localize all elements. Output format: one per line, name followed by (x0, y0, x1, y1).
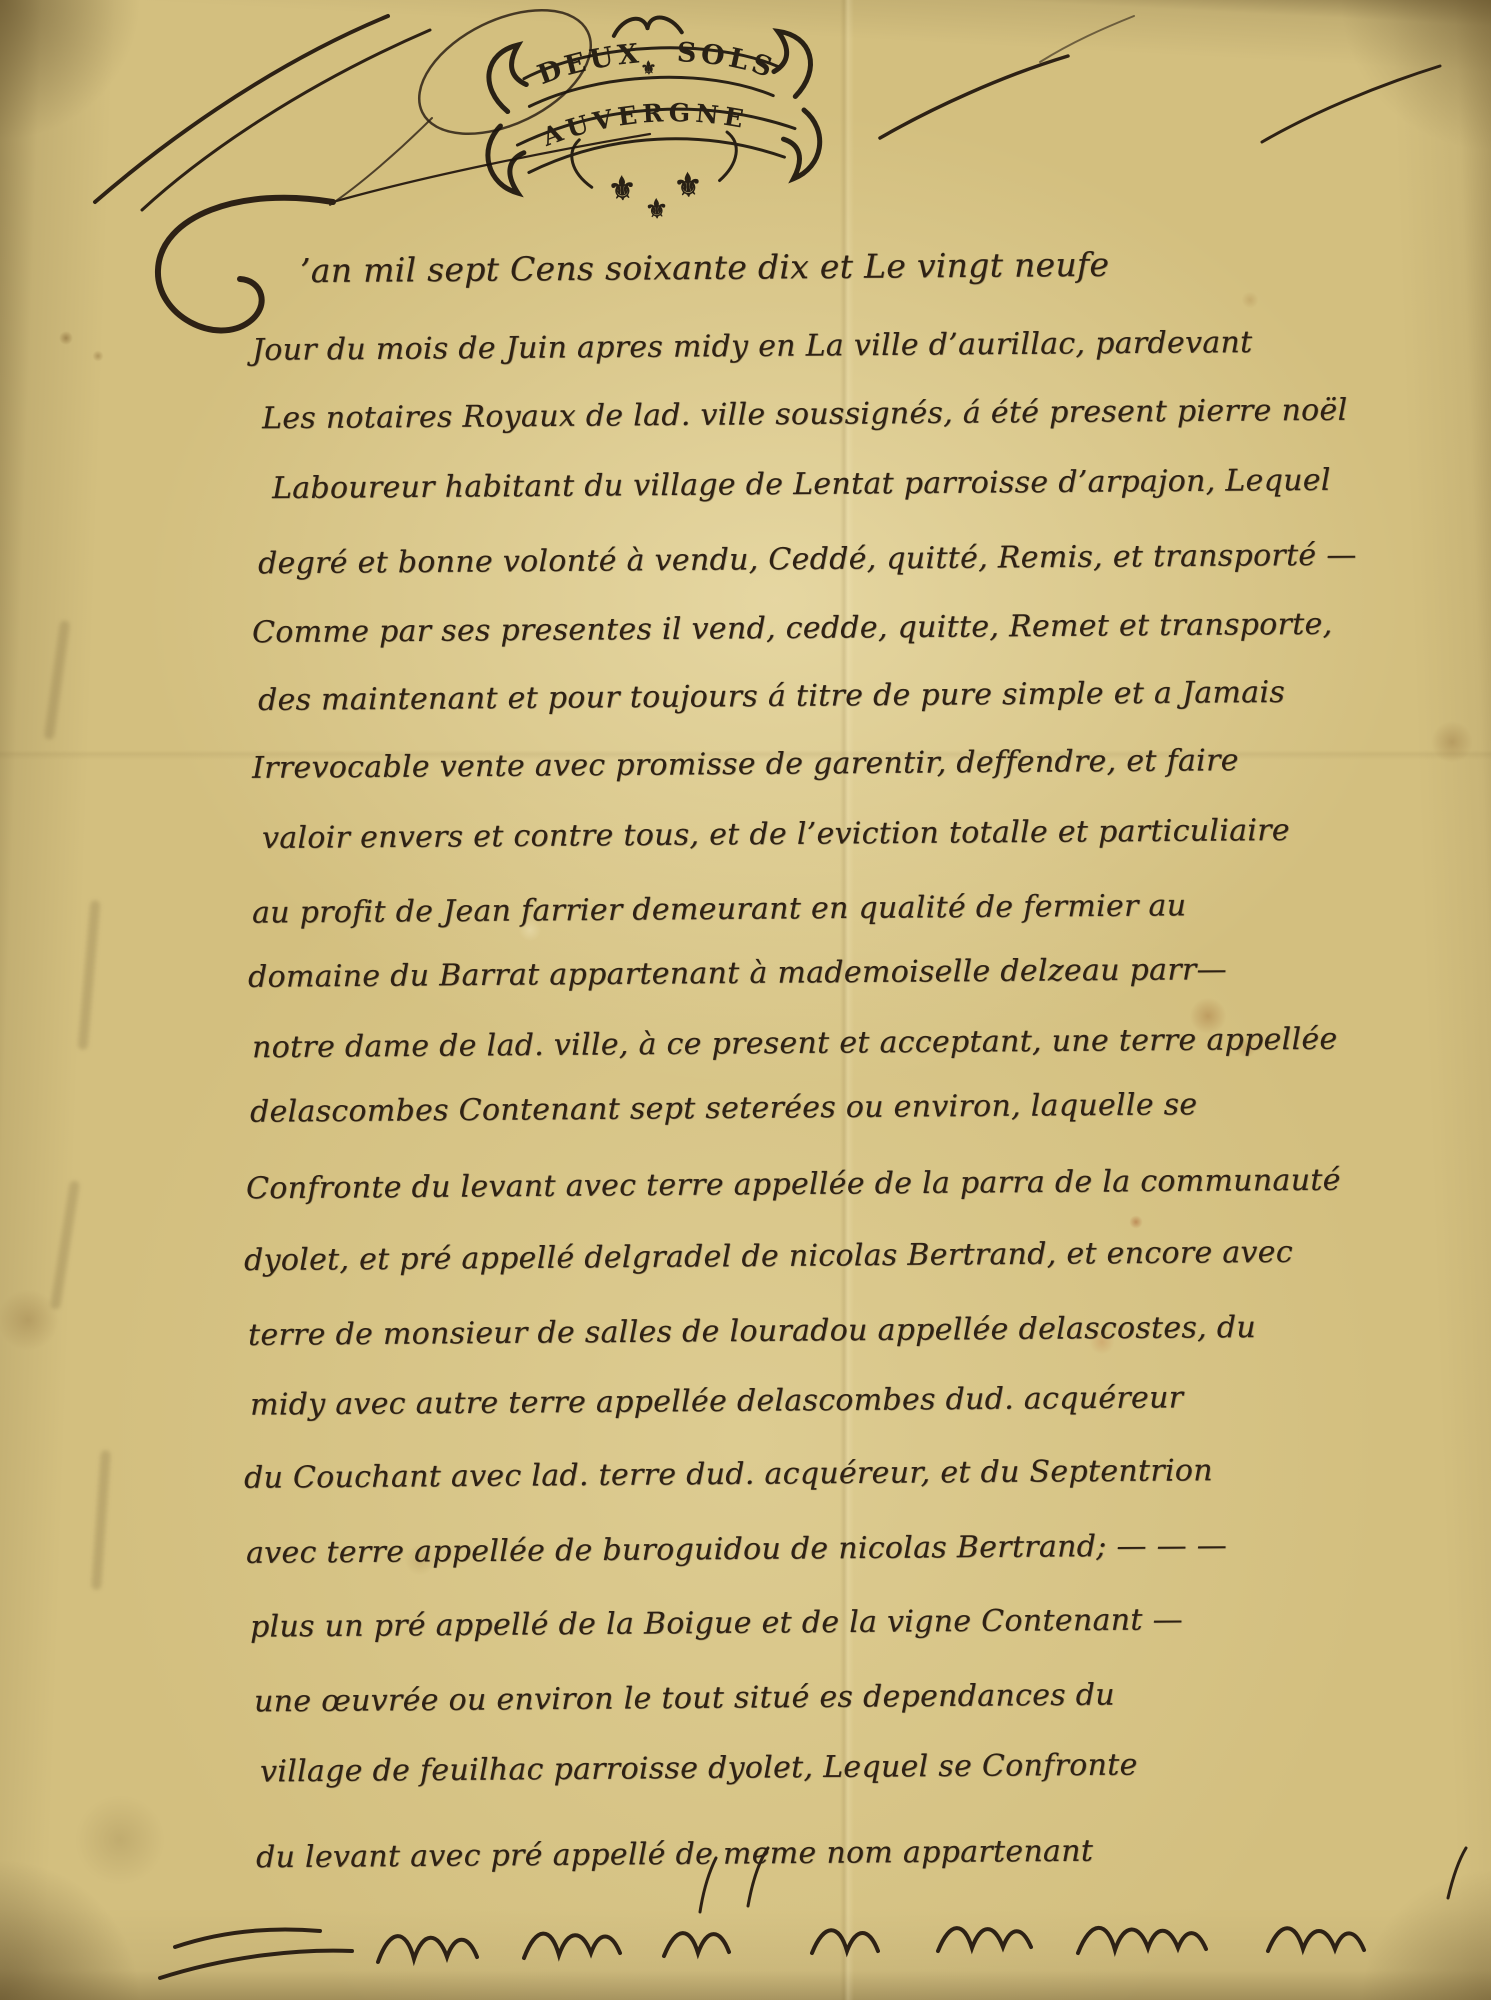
stamp-scrollwork (481, 9, 821, 194)
pen-flourish-top-right (880, 16, 1440, 142)
pen-flourish-loop (330, 0, 610, 205)
bleed-through-mark (91, 1450, 111, 1590)
stamp-word-auvergne: AUVERGNE (536, 94, 752, 153)
text-line: delascombes Contenant sept seterées ou e… (250, 1088, 1198, 1128)
text-line: Comme par ses presentes il vend, cedde, … (252, 608, 1333, 649)
fleur-de-lis-icon: ⚜ (673, 165, 704, 204)
fleur-de-lis-icon: ⚜ (644, 194, 669, 225)
text-line: Laboureur habitant du village de Lentat … (272, 464, 1331, 505)
fleur-de-lis-icon: ⚜ (607, 169, 638, 208)
svg-text:DEUX SOLS: DEUX SOLS (533, 31, 789, 100)
text-line: dyolet, et pré appellé delgradel de nico… (244, 1236, 1293, 1277)
text-line: au profit de Jean farrier demeurant en q… (252, 889, 1187, 929)
text-line: avec terre appellée de buroguidou de nic… (246, 1529, 1227, 1570)
text-line: Jour du mois de Juin apres midy en La vi… (252, 326, 1253, 367)
bleed-through-mark (77, 900, 100, 1050)
initial-flourish (158, 134, 650, 330)
text-line: Irrevocable vente avec promisse de garen… (252, 744, 1239, 785)
text-line: une œuvrée ou environ le tout situé es d… (254, 1679, 1115, 1719)
text-line: notre dame de lad. ville, à ce present e… (252, 1023, 1338, 1065)
text-line: valoir envers et contre tous, et de l’ev… (262, 814, 1290, 855)
text-line: Les notaires Royaux de lad. ville soussi… (262, 394, 1348, 436)
text-line: midy avec autre terre appellée delascomb… (250, 1381, 1184, 1421)
text-line: ’an mil sept Cens soixante dix et Le vin… (300, 247, 1110, 290)
stamp-banner-bottom: AUVERGNE (515, 92, 796, 173)
bleed-through-mark (44, 620, 71, 740)
text-line: plus un pré appellé de la Boigue et de l… (250, 1603, 1183, 1643)
text-line: terre de monsieur de salles de louradou … (248, 1311, 1256, 1352)
manuscript-scan: { "colors": { "paper": "#d7c487", "ink":… (0, 0, 1491, 2000)
text-line: domaine du Barrat appartenant à mademois… (248, 953, 1227, 994)
stamp-word-deux: DEUX (533, 38, 645, 92)
text-line: village de feuilhac parroisse dyolet, Le… (260, 1749, 1138, 1789)
text-line: des maintenant et pour toujours á titre … (258, 676, 1285, 717)
text-line: du Couchant avec lad. terre dud. acquére… (244, 1454, 1213, 1495)
bleed-through-mark (50, 1180, 80, 1310)
text-line: du levant avec pré appellé de meme nom a… (256, 1835, 1093, 1875)
stamp-word-sols: SOLS (675, 32, 782, 90)
text-line: Confronte du levant avec terre appellée … (246, 1164, 1341, 1206)
svg-text:AUVERGNE: AUVERGNE (536, 94, 752, 153)
stamp-banner-top: DEUX SOLS ⚜ (522, 31, 788, 109)
text-line: degré et bonne volonté à vendu, Ceddé, q… (258, 539, 1357, 581)
stamp-fleur-cluster: ⚜ ⚜ ⚜ (607, 165, 705, 227)
fleur-de-lis-icon: ⚜ (640, 58, 657, 80)
revenue-stamp: DEUX SOLS ⚜ AUVERGNE ⚜ ⚜ ⚜ (463, 0, 842, 229)
pen-flourish-top-left (95, 16, 430, 210)
